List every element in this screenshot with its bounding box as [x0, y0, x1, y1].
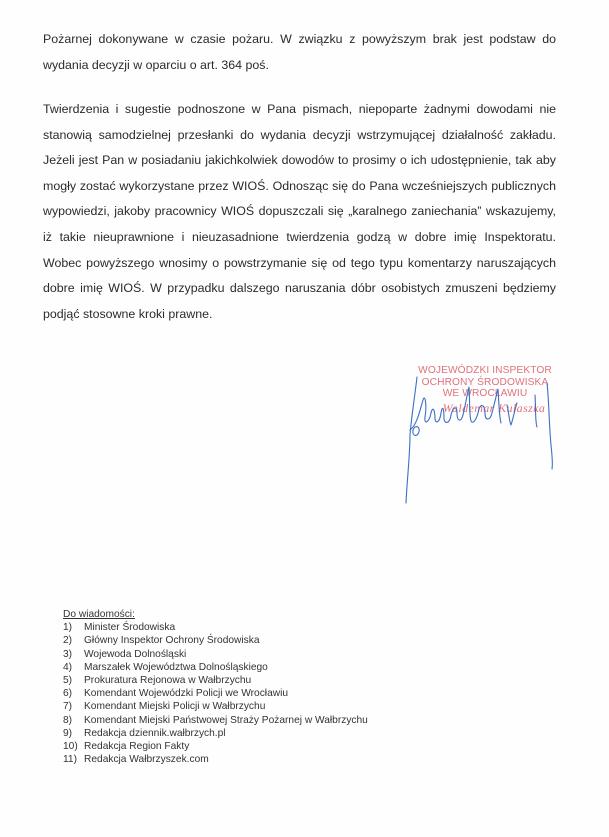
- text-line: mogły zostać wykorzystane przez WIOŚ. Od…: [43, 174, 556, 200]
- distribution-item-number: 8): [63, 714, 84, 727]
- distribution-item-text: Główny Inspektor Ochrony Środowiska: [84, 634, 260, 647]
- distribution-item-number: 10): [63, 740, 84, 753]
- distribution-item: 11)Redakcja Wałbrzyszek.com: [63, 753, 368, 766]
- text-line: wypowiedzi, jakoby pracownicy WIOŚ dopus…: [43, 199, 556, 225]
- distribution-item-number: 9): [63, 727, 84, 740]
- text-line: iż takie nieuprawnione i nieuzasadnione …: [43, 225, 556, 251]
- text-line: Pożarnej dokonywane w czasie pożaru. W z…: [43, 27, 556, 53]
- distribution-item-text: Redakcja Wałbrzyszek.com: [84, 753, 209, 766]
- distribution-list: Do wiadomości: 1)Minister Środowiska2)Gł…: [63, 608, 368, 766]
- text-line: Twierdzenia i sugestie podnoszone w Pana…: [43, 97, 556, 123]
- paragraph-1: Pożarnej dokonywane w czasie pożaru. W z…: [43, 27, 556, 78]
- text-line: wydania decyzji w oparciu o art. 364 poś…: [43, 53, 556, 79]
- distribution-item-number: 6): [63, 687, 84, 700]
- text-line: Wobec powyższego wnosimy o powstrzymanie…: [43, 251, 556, 277]
- distribution-item-text: Komendant Wojewódzki Policji we Wrocławi…: [84, 687, 288, 700]
- distribution-item-number: 4): [63, 661, 84, 674]
- distribution-item-number: 2): [63, 634, 84, 647]
- distribution-item: 4)Marszałek Województwa Dolnośląskiego: [63, 661, 368, 674]
- text-line: podjąć stosowne kroki prawne.: [43, 302, 556, 328]
- distribution-item-text: Marszałek Województwa Dolnośląskiego: [84, 661, 268, 674]
- paragraph-2: Twierdzenia i sugestie podnoszone w Pana…: [43, 97, 556, 327]
- distribution-item: 8)Komendant Miejski Państwowej Straży Po…: [63, 714, 368, 727]
- distribution-item: 9)Redakcja dziennik.wałbrzych.pl: [63, 727, 368, 740]
- distribution-item-text: Wojewoda Dolnośląski: [84, 648, 186, 661]
- distribution-item-text: Redakcja Region Fakty: [84, 740, 189, 753]
- text-line: dobre imię WIOŚ. W przypadku dalszego na…: [43, 276, 556, 302]
- distribution-item-text: Minister Środowiska: [84, 621, 175, 634]
- distribution-item-number: 7): [63, 700, 84, 713]
- distribution-item-number: 5): [63, 674, 84, 687]
- distribution-item-text: Redakcja dziennik.wałbrzych.pl: [84, 727, 226, 740]
- distribution-item: 6)Komendant Wojewódzki Policji we Wrocła…: [63, 687, 368, 700]
- distribution-item-text: Prokuratura Rejonowa w Wałbrzychu: [84, 674, 251, 687]
- distribution-item: 5)Prokuratura Rejonowa w Wałbrzychu: [63, 674, 368, 687]
- distribution-item-number: 3): [63, 648, 84, 661]
- distribution-item-number: 1): [63, 621, 84, 634]
- distribution-heading: Do wiadomości:: [63, 608, 368, 621]
- distribution-item-text: Komendant Miejski Policji w Wałbrzychu: [84, 700, 265, 713]
- distribution-item: 10)Redakcja Region Fakty: [63, 740, 368, 753]
- text-line: stanowią samodzielnej przesłanki do wyda…: [43, 123, 556, 149]
- text-line: Jeżeli jest Pan w posiadaniu jakichkolwi…: [43, 148, 556, 174]
- distribution-item: 1)Minister Środowiska: [63, 621, 368, 634]
- distribution-item-number: 11): [63, 753, 84, 766]
- handwritten-signature: [395, 365, 570, 505]
- distribution-item-text: Komendant Miejski Państwowej Straży Poża…: [84, 714, 368, 727]
- distribution-item: 3)Wojewoda Dolnośląski: [63, 648, 368, 661]
- distribution-item: 2)Główny Inspektor Ochrony Środowiska: [63, 634, 368, 647]
- distribution-item: 7)Komendant Miejski Policji w Wałbrzychu: [63, 700, 368, 713]
